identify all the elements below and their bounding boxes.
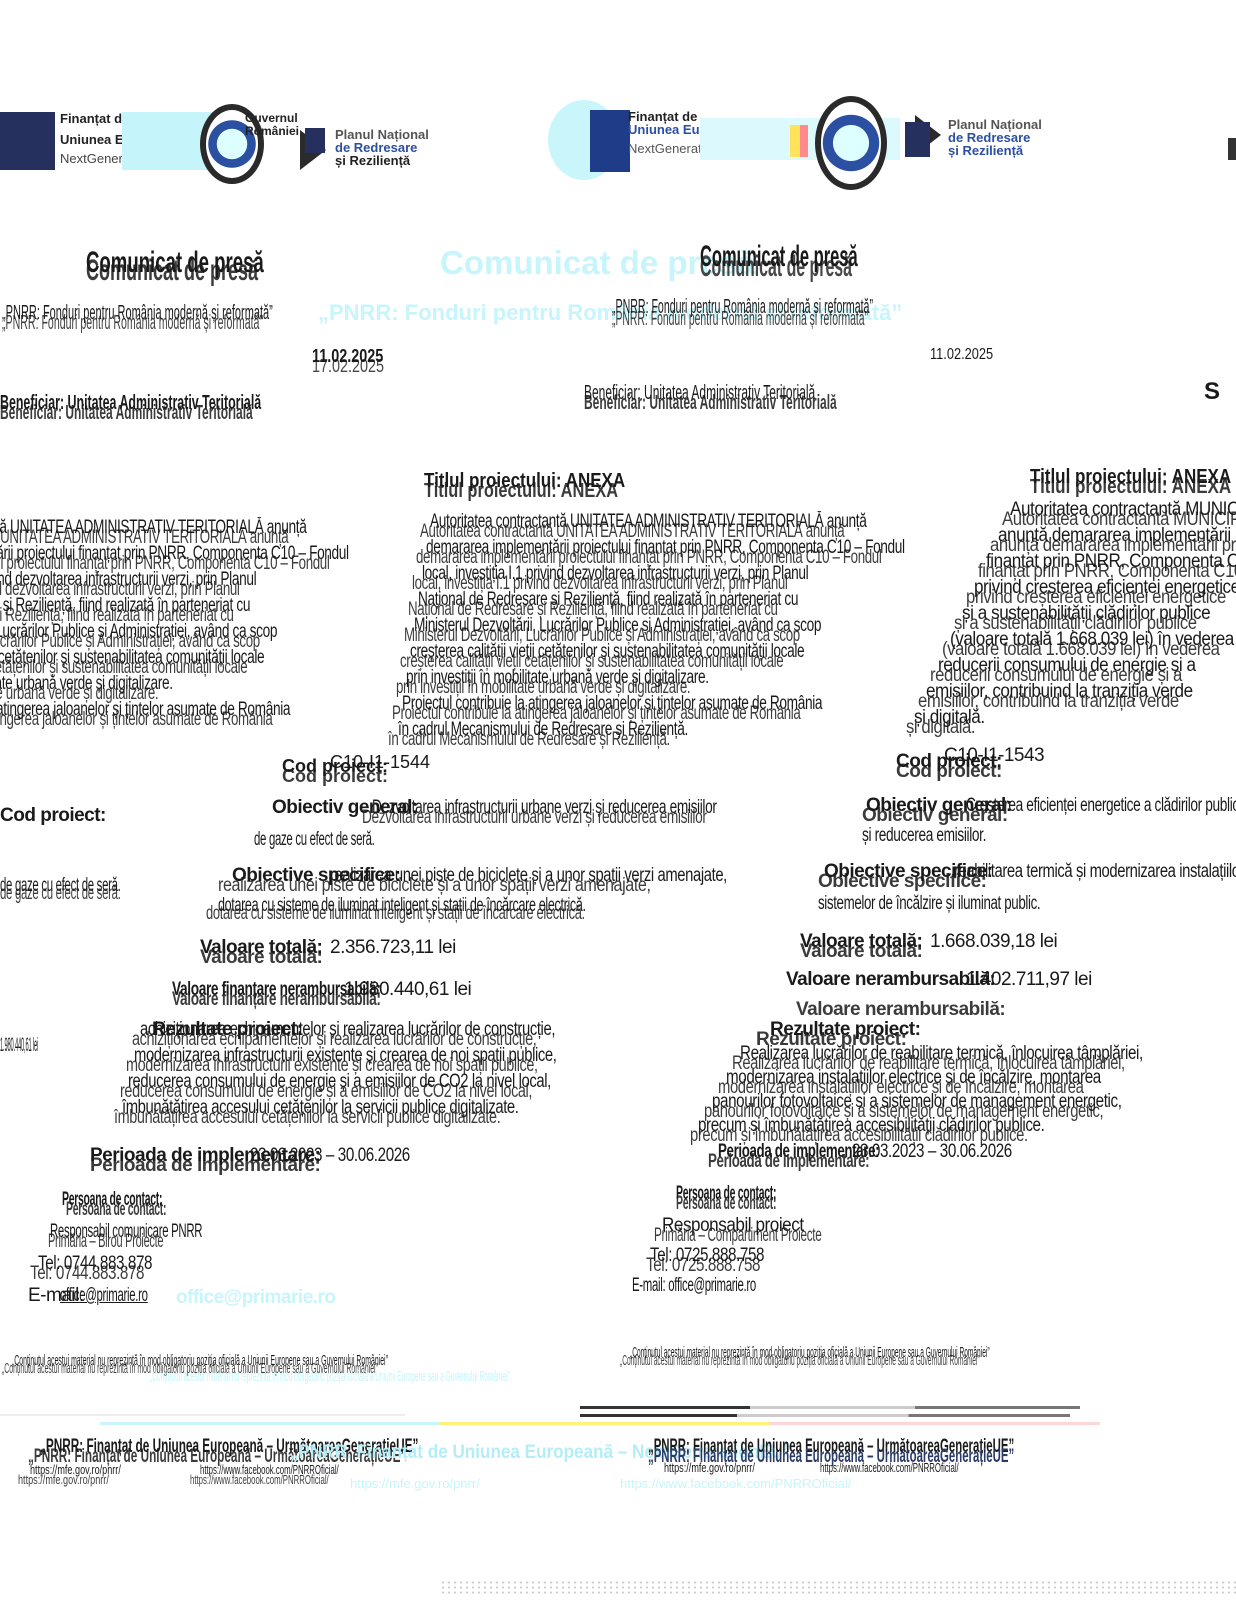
right-specific-cont: sistemelor de încălzire și iluminat publ… [818, 894, 1040, 913]
contact-email-link-cyan[interactable]: office@primarie.ro [176, 1288, 335, 1307]
caption-line: și Reziliență [948, 144, 1042, 157]
right-contact-role: Primăria – Compartiment Proiecte [654, 1226, 821, 1245]
page-subtitle-right-copy: „PNRR: Fonduri pentru România modernă și… [612, 308, 868, 331]
right-eu-label: Valoare nerambursabilă: [786, 970, 995, 989]
caption-line: și Reziliență [335, 154, 429, 167]
right-title-label: Titlul proiectului: ANEXA [1030, 476, 1231, 499]
eu-flag-icon [0, 112, 55, 170]
page-title-left-copy: Comunicat de presă [86, 254, 258, 288]
footer-divider [580, 1414, 1070, 1417]
footer-link[interactable]: https://mfe.gov.ro/pnrr/ [664, 1460, 755, 1475]
result-line: îmbunătățirea accesului cetățenilor la s… [114, 1108, 500, 1127]
left-copy-text: 1.980.440,61 lei [0, 1036, 38, 1055]
contact-email-link[interactable]: office@primarie.ro [60, 1286, 148, 1305]
eu-funds-label: Valoare finanțare nerambursabilă: [172, 990, 381, 1009]
footer-link[interactable]: https://www.facebook.com/PNRROficial/ [820, 1460, 959, 1475]
right-objective-cont: și reducerea emisiilor. [862, 826, 986, 845]
footer-disclaimer: „Conținutul acestui material nu reprezin… [620, 1352, 980, 1369]
period-label: Perioada de implementare: [90, 1156, 320, 1175]
left-copy-label: Cod proiect: [0, 806, 106, 825]
tricolor-stripe-red [770, 1422, 1100, 1425]
page-title-right-copy: Comunicat de presă [700, 250, 852, 284]
intro-line: în cadrul Mecanismului de Redresare și R… [388, 730, 670, 749]
project-title-label: Titlul proiectului: ANEXA [424, 480, 618, 503]
flag-stripe [790, 125, 800, 157]
right-contact-phone: Tel: 0725.888.758 [646, 1256, 760, 1275]
general-objective: Dezvoltarea infrastructurii urbane verzi… [362, 808, 707, 827]
left-copy-text: de gaze cu efect de seră. [0, 884, 121, 903]
pnrr-logo-caption: Planul Național de Redresare și Rezilien… [948, 118, 1042, 157]
footer-link-cyan[interactable]: https://mfe.gov.ro/pnrr/ [350, 1476, 480, 1491]
footer-link[interactable]: https://mfe.gov.ro/pnrr/ [18, 1472, 109, 1487]
specific-objective-2: dotarea cu sisteme de iluminat inteligen… [206, 904, 585, 923]
beneficiary-line: Beneficiar: Unitatea Administrativ Terit… [584, 392, 837, 415]
project-code-label: Cod proiect: [282, 766, 388, 787]
left-intro-line: Proiectul contribuie la atingerea jaloan… [0, 710, 272, 729]
government-emblem-caption: Guvernul României [245, 112, 299, 138]
right-contact-email[interactable]: E-mail: office@primarie.ro [632, 1276, 756, 1295]
right-intro-line: și digitală. [906, 718, 975, 737]
right-eu: 1.402.711,97 lei [966, 970, 1092, 989]
total-value-label: Valoare totală: [200, 948, 322, 967]
caption-line: României [245, 125, 299, 138]
tricolor-stripe-yellow [440, 1422, 770, 1425]
right-contact-label: Persoana de contact: [676, 1194, 776, 1213]
pnrr-logo-caption: Planul Național de Redresare și Rezilien… [335, 128, 429, 167]
footer-link[interactable]: https://www.facebook.com/PNRROficial/ [190, 1472, 329, 1487]
contact-phone: Tel: 0744.883.878 [30, 1264, 144, 1283]
right-total: 1.668.039,18 lei [930, 932, 1057, 951]
eu-flag-icon [590, 110, 630, 172]
pnrr-logo-square [905, 122, 930, 157]
government-emblem-icon [815, 96, 887, 190]
right-total-label: Valoare totală: [800, 942, 922, 961]
right-specific: reabilitarea termică și modernizarea ins… [954, 862, 1236, 881]
edge-mark [1228, 138, 1236, 160]
footer-disclaimer-cyan: „Conținutul acestui material nu reprezin… [150, 1368, 510, 1385]
date: 11.02.2025 [930, 346, 993, 364]
footer-divider [0, 1414, 405, 1416]
right-specific-label: Obiective specifice: [818, 872, 986, 891]
general-objective-cont: de gaze cu efect de seră. [254, 830, 375, 849]
right-code-label: Cod proiect: [896, 762, 1002, 781]
right-eu-label: Valoare nerambursabilă: [796, 1000, 1005, 1019]
date: 17.02.2025 [312, 356, 384, 377]
right-objective-label: Obiectiv general: [862, 806, 1008, 825]
edge-mark: S [1204, 378, 1220, 406]
contact-label: Persoana de contact: [66, 1200, 166, 1219]
contact-role: Primăria – Birou Proiecte [48, 1232, 163, 1251]
tricolor-stripe-blue [100, 1422, 440, 1425]
flag-stripe [800, 125, 808, 157]
footer-divider [580, 1406, 1080, 1409]
dotted-pattern [440, 1580, 1236, 1596]
pnrr-logo-square [305, 128, 325, 153]
page-subtitle-left-copy: „PNRR: Fonduri pentru România modernă și… [2, 312, 263, 335]
specific-objective-1: realizarea unei piste de biciclete și a … [218, 876, 651, 895]
total-value: 2.356.723,11 lei [330, 938, 456, 957]
beneficiary-line: Beneficiar: Unitatea Administrativ Terit… [0, 402, 253, 425]
footer-link-cyan[interactable]: https://www.facebook.com/PNRROficial/ [620, 1476, 851, 1491]
right-period-label: Perioada de implementare: [708, 1152, 869, 1171]
right-period: 23.03.2023 – 30.06.2026 [852, 1142, 1012, 1161]
